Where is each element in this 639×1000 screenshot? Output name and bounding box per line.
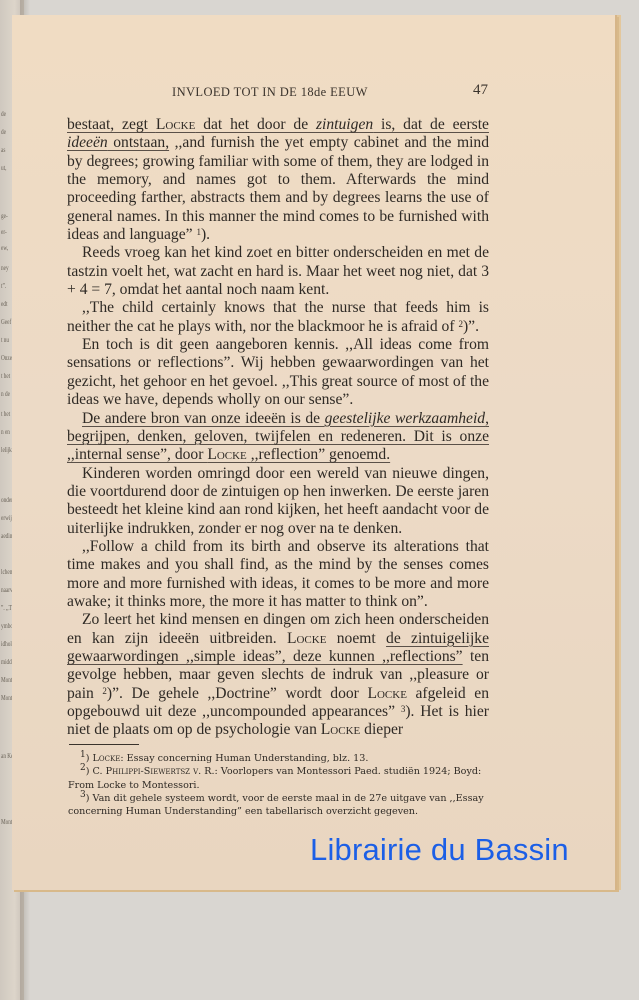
facing-page-fragment: t nu [1,336,9,344]
facing-page-fragment: ney [1,264,9,272]
facing-page-fragment: n de [1,390,10,398]
paragraph-2: Reeds vroeg kan het kind zoet en bitter … [67,244,489,299]
facing-page-fragment: ew, [1,244,8,252]
facing-page-fragment: t het [1,410,10,418]
facing-page-fragment: t”. [1,282,6,290]
paragraph-1: bestaat, zegt Locke dat het door de zint… [67,116,489,244]
author-name: Locke [321,721,360,738]
author-name: Locke [287,630,326,647]
watermark: Librairie du Bassin [310,832,569,868]
footnote-3: 3) Van dit gehele systeem wordt, voor de… [68,792,488,819]
author-name: Locke [156,116,195,133]
footnotes: 1) Locke: Essay concerning Human Underst… [68,752,488,818]
facing-page-fragment: n en [1,428,10,436]
author-name: Locke [367,685,406,702]
facing-page-fragment: er- [1,228,7,236]
page-number: 47 [473,82,488,99]
paragraph-5: De andere bron van onze ideeën is de gee… [67,410,489,465]
facing-page-fragment: ut, [1,164,6,172]
paragraph-6: Kinderen worden omringd door een wereld … [67,465,489,538]
footnote-2: 2) C. Philippi-Siewertsz v. R.: Voorlope… [68,765,488,792]
facing-page-fragment: as [1,146,5,154]
paragraph-3: ,,The child certainly knows that the nur… [67,299,489,336]
facing-page-fragment: Onze [1,354,12,362]
body-text: bestaat, zegt Locke dat het door de zint… [67,116,489,740]
paragraph-7: ,,Follow a child from its birth and obse… [67,538,489,611]
facing-page-fragment: edt [1,300,7,308]
author-name: Locke [207,446,246,463]
paragraph-4: En toch is dit geen aangeboren kennis. ,… [67,336,489,409]
paragraph-8: Zo leert het kind mensen en dingen om zi… [67,611,489,739]
footnote-rule [69,744,139,745]
facing-page-fragment: t het [1,372,10,380]
facing-page-fragment: de [1,128,6,136]
underlined-passage: De andere bron van onze ideeën is de gee… [67,410,489,464]
running-head: INVLOED TOT IN DE 18de EEUW [172,85,368,100]
facing-page-fragment: de [1,110,6,118]
facing-page-fragment: ge- [1,212,8,220]
facing-page-fragment: Geef [1,318,11,326]
footnote-1: 1) Locke: Essay concerning Human Underst… [68,752,488,765]
